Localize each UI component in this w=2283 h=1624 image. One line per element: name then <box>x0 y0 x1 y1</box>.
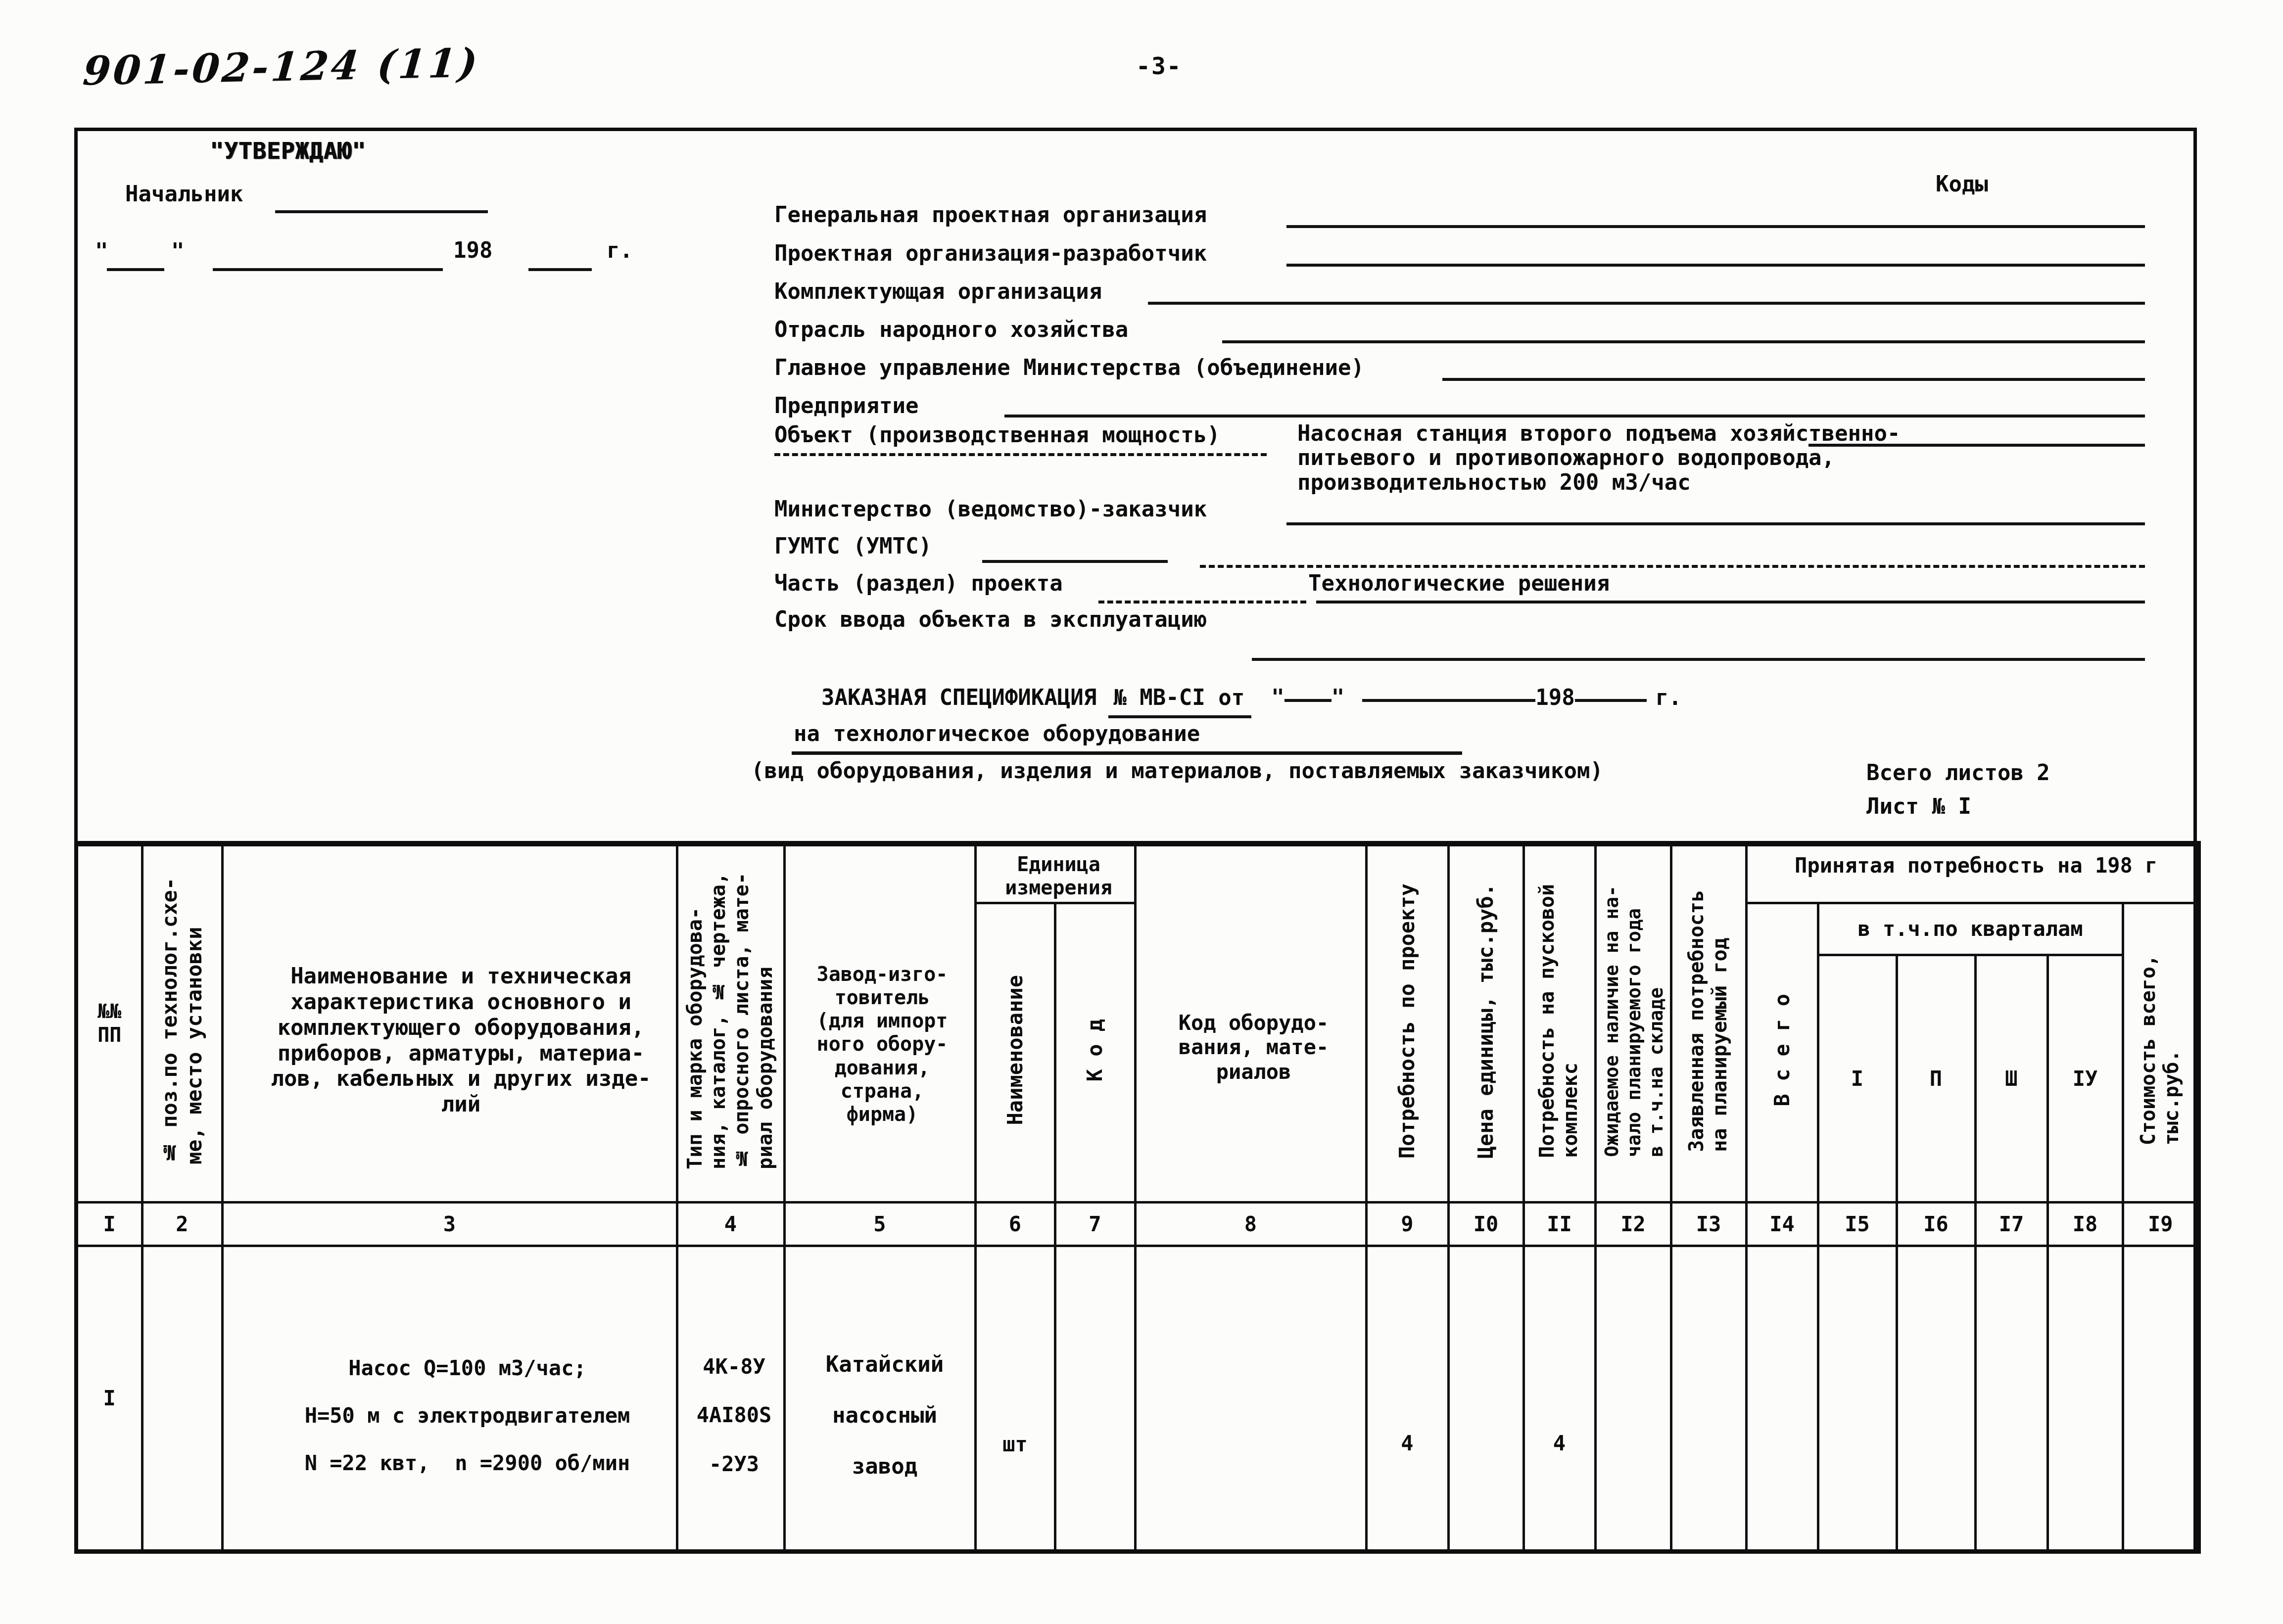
cell-unit-code <box>1055 1246 1135 1552</box>
col-header-total: В с е г о <box>1746 903 1818 1203</box>
column-number: I8 <box>2047 1203 2123 1246</box>
blank-line <box>1286 225 2145 228</box>
cell-position: I <box>76 1246 142 1552</box>
blank-line <box>1200 565 2145 568</box>
column-number: I3 <box>1671 1203 1746 1246</box>
field-ministry: Министерство (ведомство)-заказчик <box>774 497 1207 521</box>
column-number: 3 <box>222 1203 677 1246</box>
column-number: 8 <box>1135 1203 1366 1246</box>
column-number: I <box>76 1203 142 1246</box>
codes-label: Коды <box>1936 172 1988 196</box>
cell-unit-name: шт <box>975 1246 1055 1552</box>
field-enterprise: Предприятие <box>774 394 918 418</box>
cell-manufacturer: Катайский насосный завод <box>784 1246 975 1552</box>
field-object-value: Насосная станция второго подъема хозяйст… <box>1297 421 1901 495</box>
col-header-quarter-2: П <box>1897 955 1975 1203</box>
column-number: 9 <box>1366 1203 1448 1246</box>
col-group-unit: Единица измерения <box>975 844 1135 903</box>
blank-line <box>1442 378 2145 381</box>
blank-line <box>1098 601 1306 603</box>
blank-line <box>528 268 592 271</box>
field-object: Объект (производственная мощность) <box>774 423 1220 447</box>
col-header-quarter-3: Ш <box>1975 955 2047 1203</box>
col-header-equipment-code: Код оборудо- вания, мате- риалов <box>1135 844 1366 1203</box>
spec-title-row: ЗАКАЗНАЯ СПЕЦИФИКАЦИЯ№ МВ-СI от""198г. <box>821 685 1682 710</box>
cell-quarter-2 <box>1897 1246 1975 1552</box>
column-number: 2 <box>142 1203 222 1246</box>
cell-quarter-4 <box>2047 1246 2123 1552</box>
field-part: Часть (раздел) проекта <box>774 571 1063 596</box>
cell-expected-stock <box>1595 1246 1671 1552</box>
column-number: 6 <box>975 1203 1055 1246</box>
column-number: I2 <box>1595 1203 1671 1246</box>
date-year: 198 <box>453 238 492 263</box>
blank-line <box>1808 444 2145 447</box>
col-header-total-cost: Стоимость всего, тыс.руб. <box>2123 903 2199 1203</box>
col-header-unit-name: Наименование <box>975 903 1055 1203</box>
scanned-form-page: 901-02-124 (11) -3- "УТВЕРЖДАЮ" Начальни… <box>0 0 2283 1624</box>
spec-year-suffix: г. <box>1656 685 1682 710</box>
spec-title: ЗАКАЗНАЯ СПЕЦИФИКАЦИЯ <box>821 685 1096 710</box>
column-number: I9 <box>2123 1203 2199 1246</box>
approval-position-label: Начальник <box>125 182 243 206</box>
field-general-org: Генеральная проектная организация <box>774 203 1207 227</box>
approval-stamp: "УТВЕРЖДАЮ" <box>210 139 366 164</box>
cell-total-cost <box>2123 1246 2199 1552</box>
col-group-quarters: в т.ч.по кварталам <box>1818 903 2123 955</box>
column-number: I6 <box>1897 1203 1975 1246</box>
cell-quarter-3 <box>1975 1246 2047 1552</box>
cell-equipment-code <box>1135 1246 1366 1552</box>
cell-unit-price <box>1448 1246 1523 1552</box>
col-header-unit-price: Цена единицы, тыс.руб. <box>1448 844 1523 1203</box>
col-header-position-scheme: № поз.по технолог.схе- ме, место установ… <box>142 844 222 1203</box>
blank-line <box>1362 699 1535 702</box>
cell-scheme-position <box>142 1246 222 1552</box>
blank-line <box>1284 699 1332 702</box>
blank-line <box>1316 601 2145 603</box>
doc-code-handwritten: 901-02-124 (11) <box>81 40 481 94</box>
cell-equipment-name: Насос Q=100 м3/час; Н=50 м с электродвиг… <box>222 1246 677 1552</box>
blank-line <box>1286 264 2145 267</box>
col-header-expected-stock: Ожидаемое наличие на на- чало планируемо… <box>1595 844 1671 1203</box>
blank-line <box>107 268 164 271</box>
col-header-type-brand: Тип и марка оборудова- ния, каталог, № ч… <box>677 844 784 1203</box>
field-supply-org: Комплектующая организация <box>774 279 1102 304</box>
cell-declared-need <box>1671 1246 1746 1552</box>
blank-line <box>1222 340 2145 343</box>
spec-year: 198 <box>1535 685 1574 710</box>
cell-total <box>1746 1246 1818 1552</box>
blank-line <box>982 560 1168 563</box>
blank-line <box>275 210 488 213</box>
blank-line <box>1575 699 1647 702</box>
cell-type-brand: 4К-8У 4АI80S -2У3 <box>677 1246 784 1552</box>
col-header-need-project: Потребность по проекту <box>1366 844 1448 1203</box>
date-quote-close: " <box>171 239 185 264</box>
spec-number: № МВ-СI от <box>1108 685 1251 718</box>
cell-quarter-1 <box>1818 1246 1897 1552</box>
column-number: I5 <box>1818 1203 1897 1246</box>
field-developer-org: Проектная организация-разработчик <box>774 241 1207 266</box>
col-header-quarter-4: IУ <box>2047 955 2123 1203</box>
col-header-name-characteristics: Наименование и техническая характеристик… <box>222 844 677 1203</box>
column-number: 5 <box>784 1203 975 1246</box>
col-header-need-startup: Потребность на пусковой комплекс <box>1523 844 1595 1203</box>
spec-subtitle: на технологическое оборудование <box>792 721 1462 755</box>
column-number: I4 <box>1746 1203 1818 1246</box>
blank-line <box>1252 658 2145 661</box>
blank-line <box>1004 415 2145 418</box>
field-industry: Отрасль народного хозяйства <box>774 318 1128 342</box>
date-year-suffix: г. <box>607 238 633 263</box>
spec-quote-open: " <box>1271 685 1284 710</box>
col-header-unit-code: К о д <box>1055 903 1135 1203</box>
column-number: II <box>1523 1203 1595 1246</box>
blank-line <box>774 453 1267 456</box>
spec-note: (вид оборудования, изделия и материалов,… <box>751 759 1603 783</box>
blank-line <box>213 268 443 271</box>
cell-need-startup: 4 <box>1523 1246 1595 1552</box>
column-number: I7 <box>1975 1203 2047 1246</box>
field-gumts: ГУМТС (УМТС) <box>774 534 932 558</box>
total-sheets: Всего листов 2 <box>1866 761 2050 785</box>
field-deadline: Срок ввода объекта в эксплуатацию <box>774 607 1207 632</box>
column-number: I0 <box>1448 1203 1523 1246</box>
spec-quote-close: " <box>1332 685 1345 710</box>
page-number: -3- <box>1136 52 1182 80</box>
field-part-value: Технологические решения <box>1308 571 1610 596</box>
blank-line <box>1148 302 2145 305</box>
column-number: 7 <box>1055 1203 1135 1246</box>
col-header-quarter-1: I <box>1818 955 1897 1203</box>
date-quote-open: " <box>95 239 108 264</box>
sheet-number: Лист № I <box>1866 794 1971 819</box>
column-number: 4 <box>677 1203 784 1246</box>
col-header-pp: №№ ПП <box>76 844 142 1203</box>
field-main-dept: Главное управление Министерства (объедин… <box>774 356 1364 380</box>
col-group-accepted-need: Принятая потребность на 198 г <box>1746 844 2199 903</box>
col-header-declared-need: Заявленная потребность на планируемый го… <box>1671 844 1746 1203</box>
spec-table: №№ ПП № поз.по технолог.схе- ме, место у… <box>74 841 2201 1554</box>
spec-subtitle-row: на технологическое оборудование <box>792 721 1462 746</box>
cell-need-project: 4 <box>1366 1246 1448 1552</box>
blank-line <box>1286 522 2145 525</box>
col-header-manufacturer: Завод-изго- товитель (для импорт ного об… <box>784 844 975 1203</box>
